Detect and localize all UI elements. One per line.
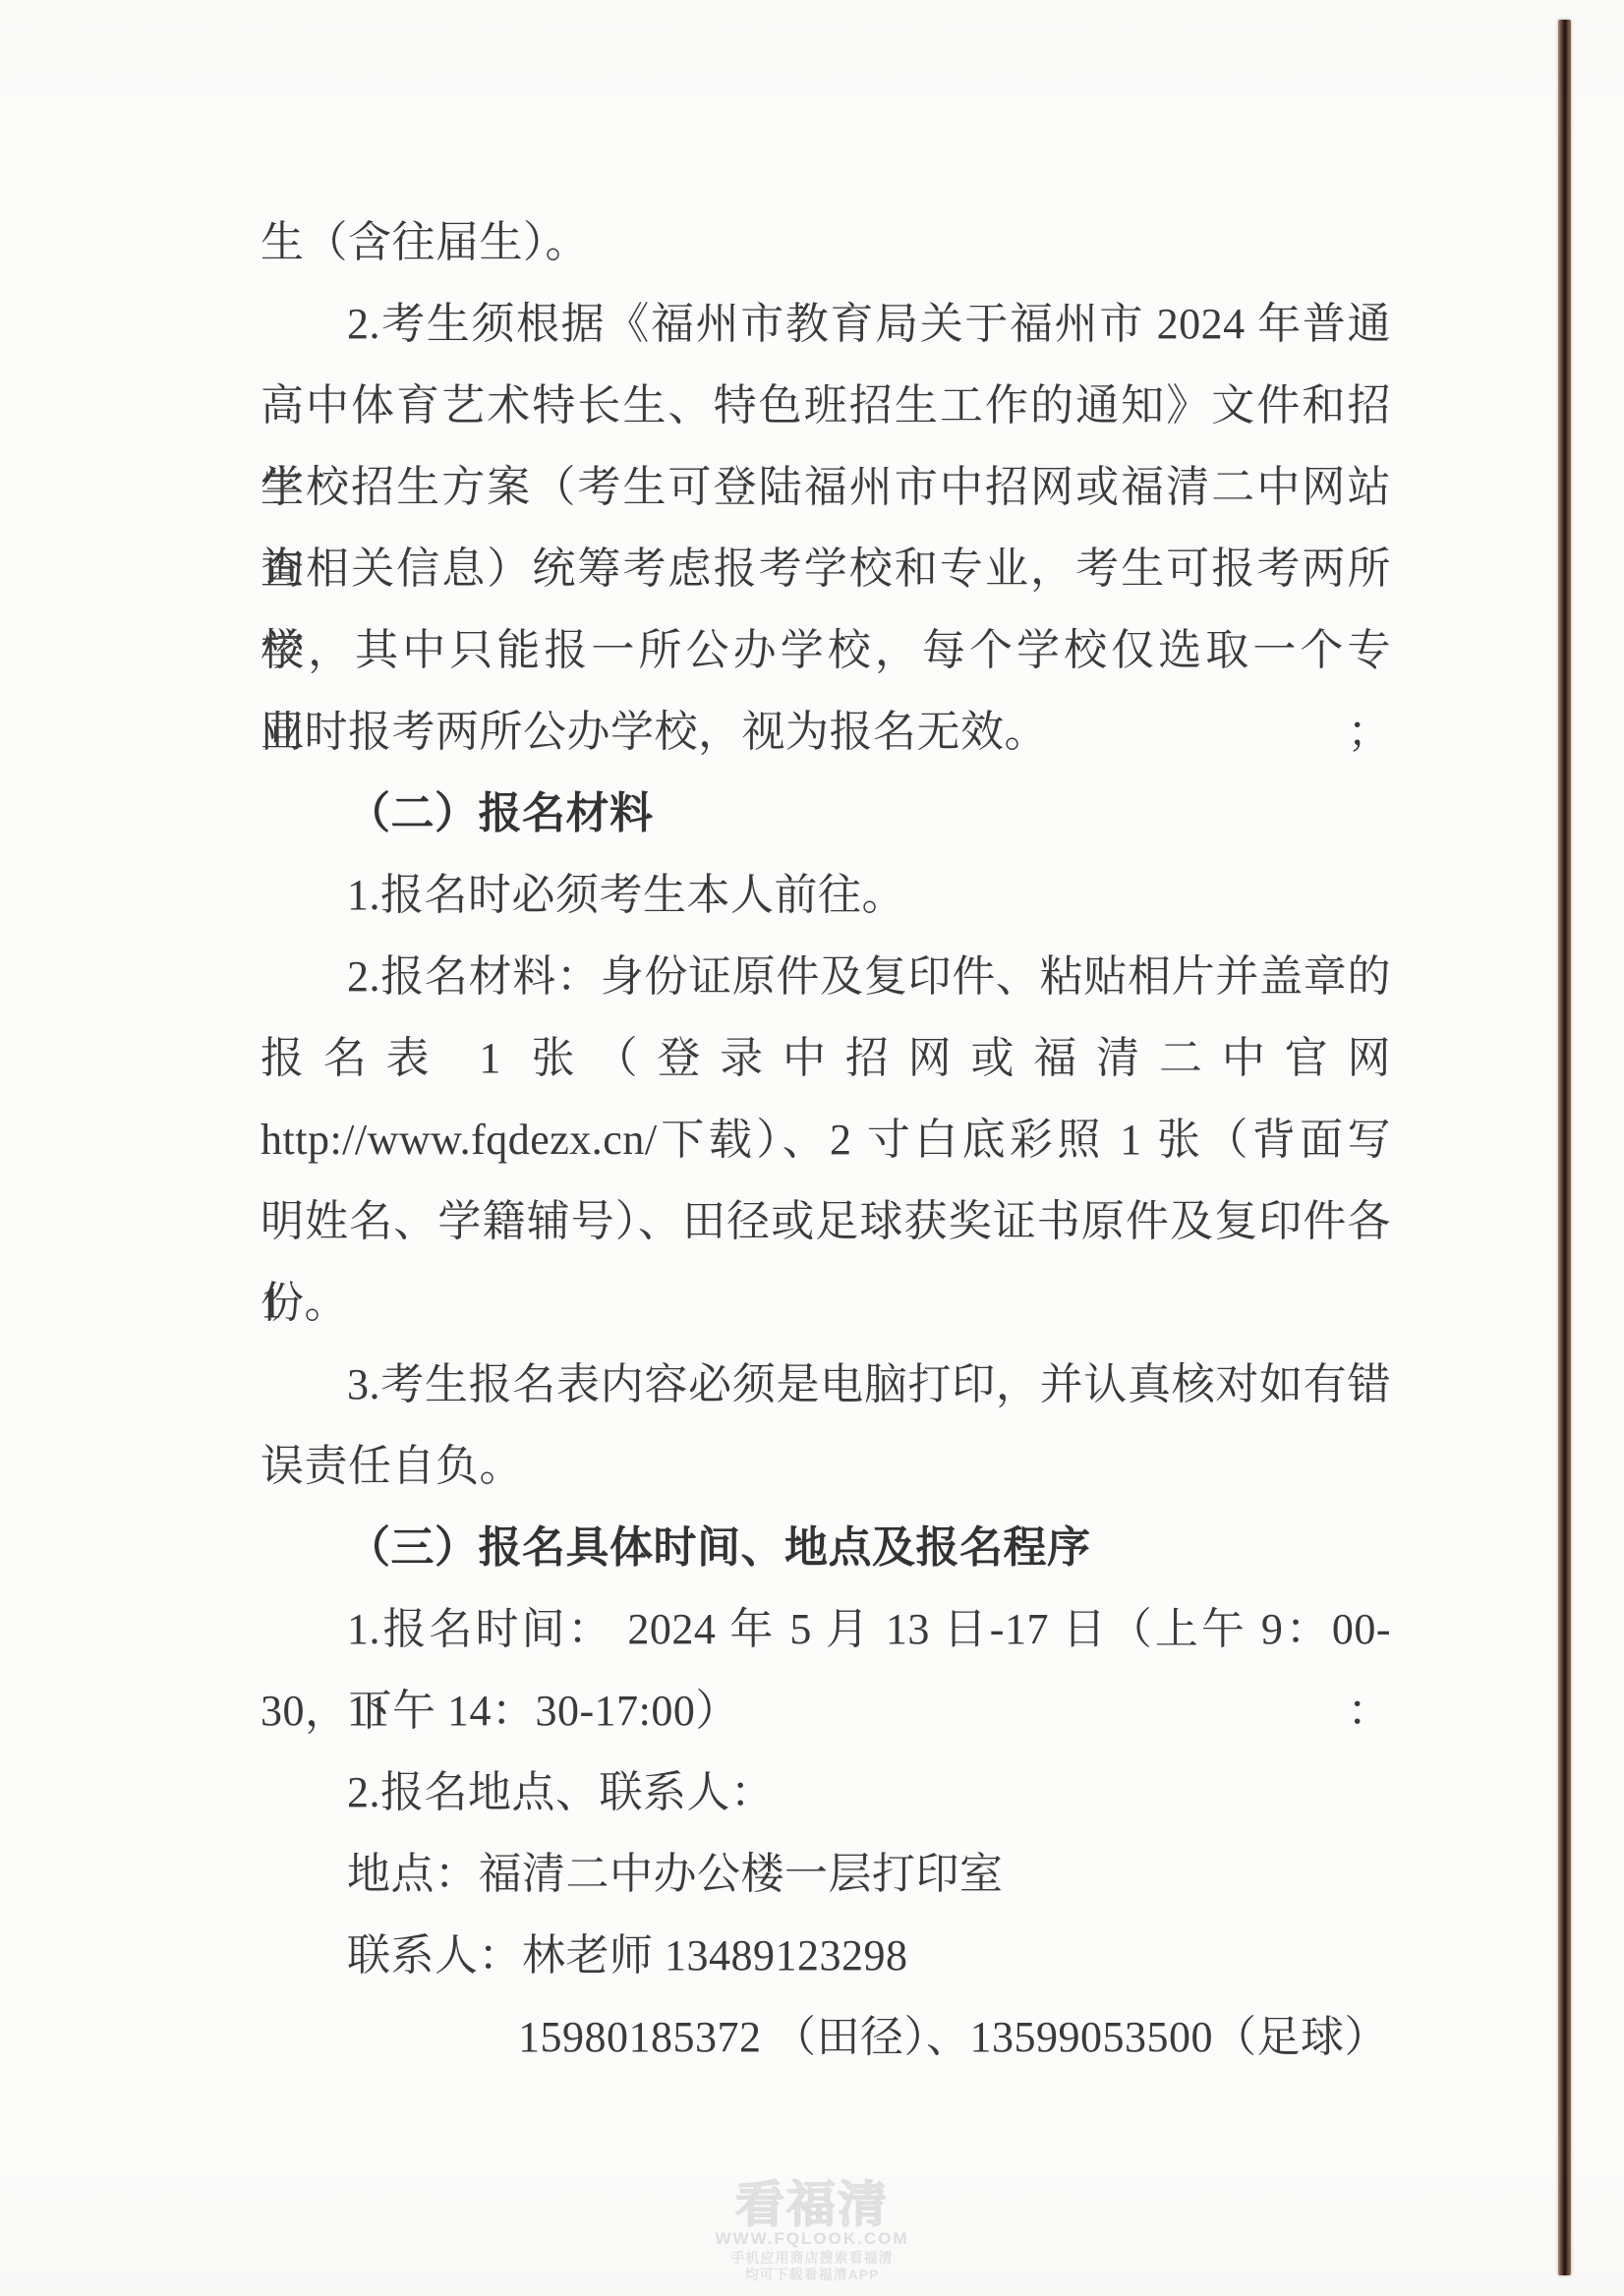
watermark: 看福清 WWW.FQLOOK.COM 手机应用商店搜索看福清 均可下载看福清AP… (0, 2180, 1624, 2282)
text-line-18: 1.报名时间： 2024 年 5 月 13 日-17 日（上午 9：00-11： (261, 1588, 1391, 1670)
watermark-logo-text: 看福清 (0, 2180, 1624, 2229)
text-line-23: 15980185372 （田径）、13599053500（足球） (261, 1996, 1391, 2078)
text-line-3: 高中体育艺术特长生、特色班招生工作的通知》文件和招生 (261, 365, 1391, 446)
watermark-tagline-1: 手机应用商店搜索看福清 (0, 2250, 1624, 2266)
watermark-tagline-2: 均可下载看福清APP (0, 2267, 1624, 2282)
text-line-4: 学校招生方案（考生可登陆福州市中招网或福清二中网站查 (261, 446, 1391, 528)
text-line-20: 2.报名地点、联系人： (261, 1751, 1391, 1833)
text-line-6: 校，其中只能报一所公办学校，每个学校仅选取一个专业； (261, 609, 1391, 691)
document-body: 生（含往届生）。2.考生须根据《福州市教育局关于福州市 2024 年普通高中体育… (261, 201, 1391, 2078)
watermark-site-url: WWW.FQLOOK.COM (0, 2230, 1624, 2249)
text-line-9: 1.报名时必须考生本人前往。 (261, 854, 1391, 936)
text-line-11: 报名表 1 张（登录中招网或福清二中官网 (261, 1017, 1391, 1099)
text-line-16: 误责任自负。 (261, 1425, 1391, 1507)
text-line-2: 2.考生须根据《福州市教育局关于福州市 2024 年普通 (261, 283, 1391, 365)
text-line-1: 生（含往届生）。 (261, 201, 1391, 283)
text-line-10: 2.报名材料：身份证原件及复印件、粘贴相片并盖章的 (261, 936, 1391, 1017)
book-binding-strip (1558, 20, 1571, 2275)
text-line-14: 份。 (261, 1262, 1391, 1344)
text-line-8: （二）报名材料 (261, 773, 1391, 854)
scanned-document-page: 生（含往届生）。2.考生须根据《福州市教育局关于福州市 2024 年普通高中体育… (0, 0, 1624, 2296)
text-line-21: 地点：福清二中办公楼一层打印室 (261, 1833, 1391, 1915)
text-line-5: 询相关信息）统筹考虑报考学校和专业，考生可报考两所学 (261, 528, 1391, 609)
text-line-15: 3.考生报名表内容必须是电脑打印，并认真核对如有错 (261, 1344, 1391, 1425)
text-line-17: （三）报名具体时间、地点及报名程序 (261, 1507, 1391, 1588)
text-line-12: http://www.fqdezx.cn/下载）、2 寸白底彩照 1 张（背面写 (261, 1099, 1391, 1180)
text-line-22: 联系人：林老师 13489123298 (261, 1915, 1391, 1996)
text-line-13: 明姓名、学籍辅号）、田径或足球获奖证书原件及复印件各 1 (261, 1180, 1391, 1262)
